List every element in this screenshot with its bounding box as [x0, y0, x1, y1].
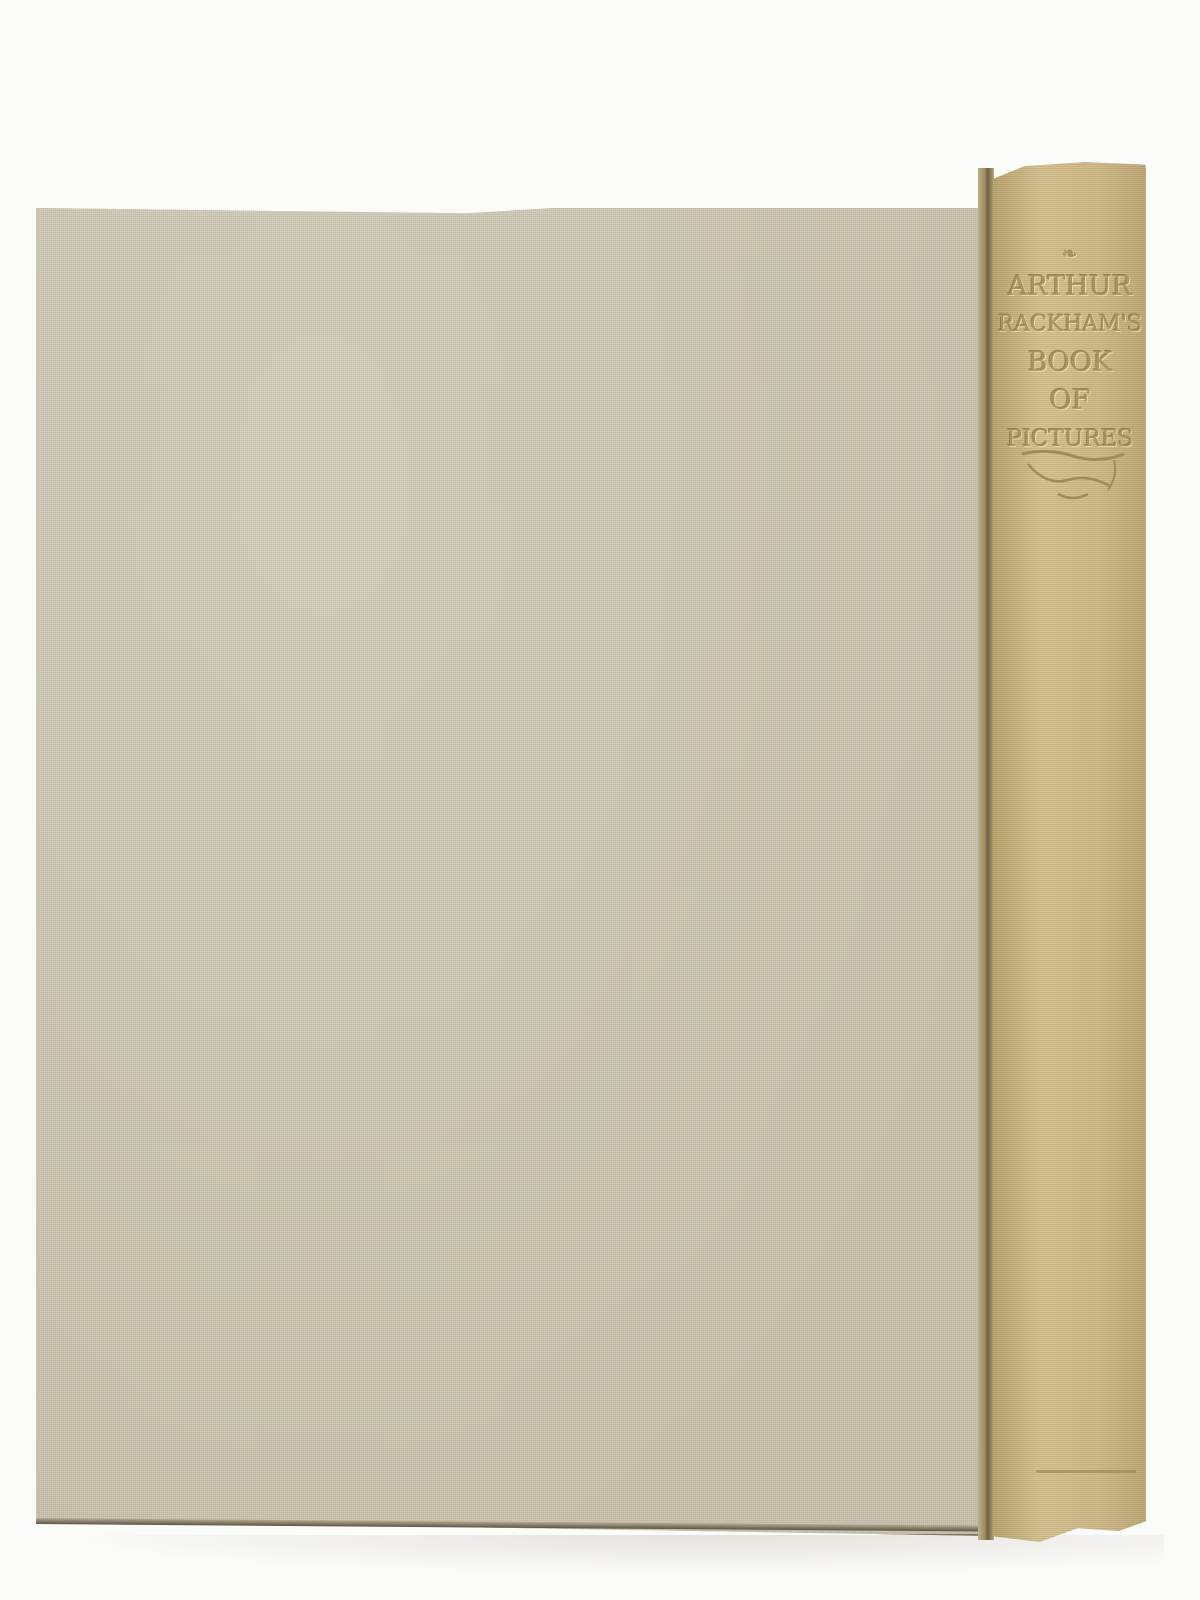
spine-title-line: of: [994, 382, 1146, 420]
spine-title: Arthur Rackham's Book of Pictures: [994, 268, 1146, 458]
top-ornament-icon: ❧: [1055, 244, 1085, 260]
back-board: [36, 208, 992, 1536]
flourish-ornament-icon: [1018, 446, 1128, 506]
book-photo: ❧ Arthur Rackham's Book of Pictures: [0, 0, 1200, 1600]
spine-foot-rule: [1036, 1470, 1136, 1473]
spine-hinge: [978, 168, 994, 1540]
spine-title-line: Rackham's: [994, 306, 1146, 344]
spine-title-line: Book: [994, 344, 1146, 382]
spine-title-line: Arthur: [994, 268, 1146, 306]
book-shadow: [34, 1535, 1164, 1575]
